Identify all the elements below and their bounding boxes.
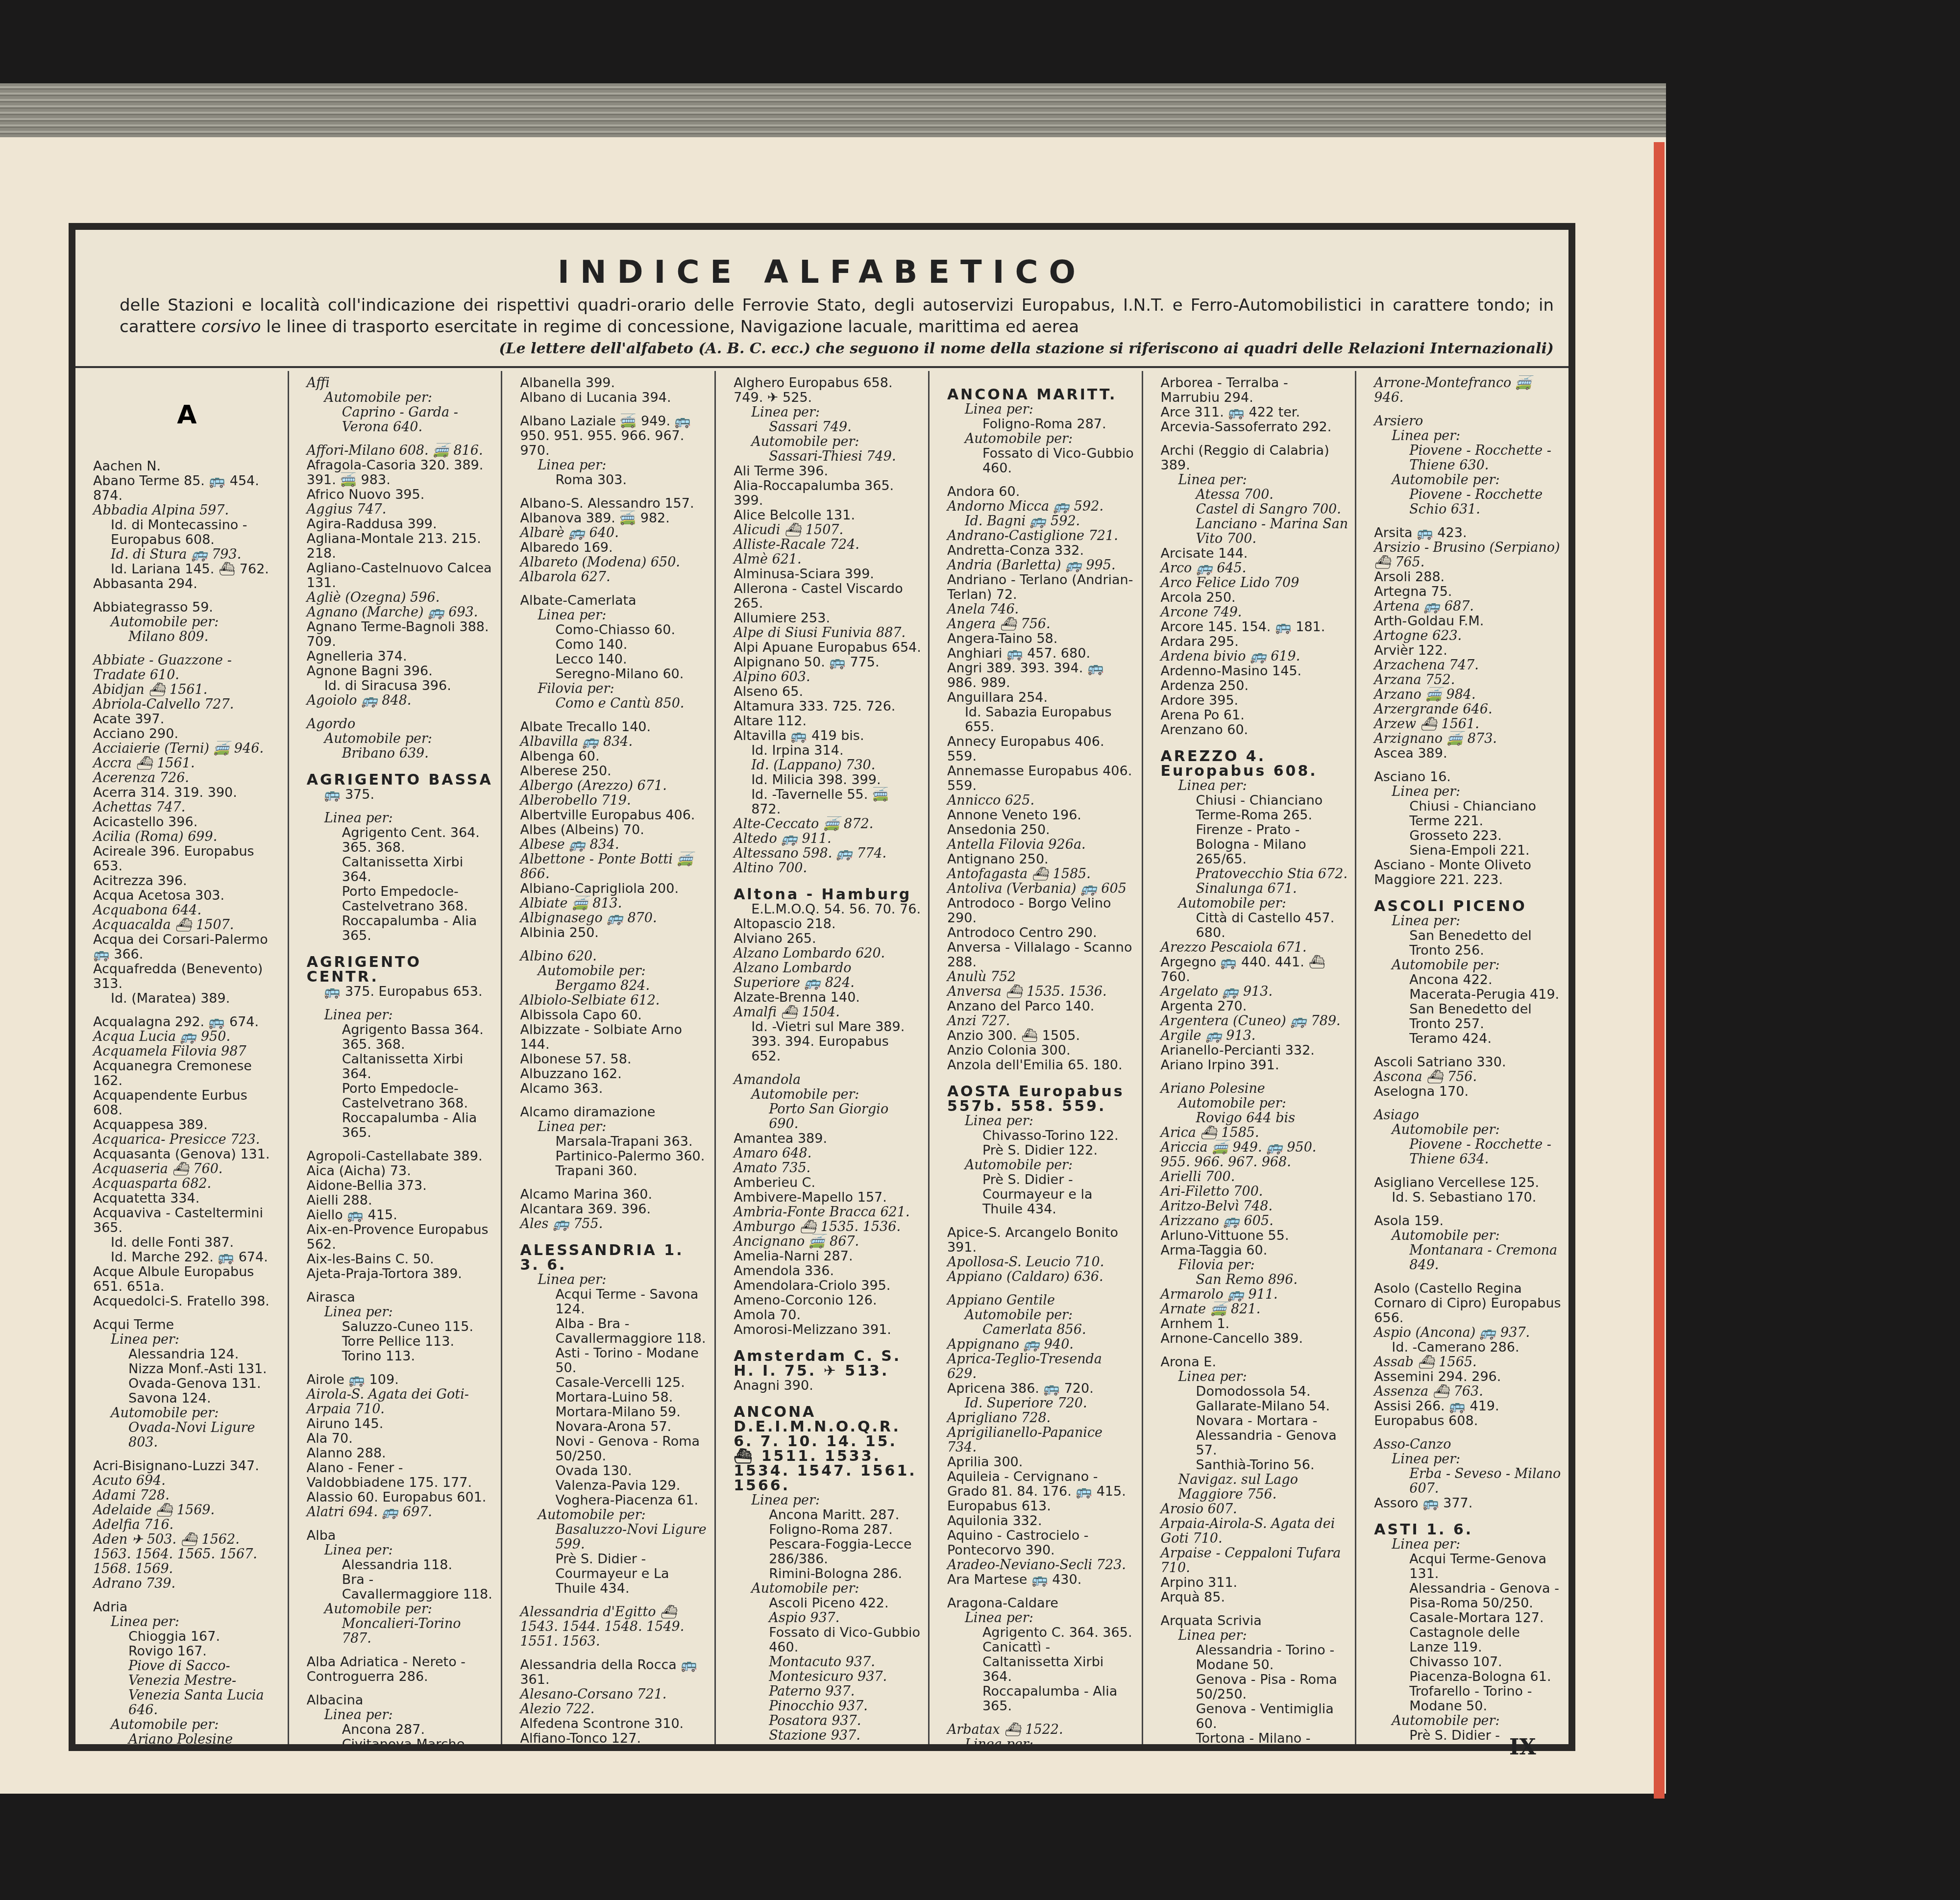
index-entry: Albarola 627. — [520, 570, 708, 585]
index-entry: Ovada-Novi Ligure 803. — [93, 1421, 281, 1450]
index-entry: Automobile per: — [1374, 473, 1562, 488]
index-entry: Acquaviva - Casteltermini 365. — [93, 1206, 281, 1235]
index-entry: Acque Albule Europabus 651. 651a. — [93, 1265, 281, 1294]
index-entry: Apice-S. Arcangelo Bonito 391. — [947, 1226, 1135, 1255]
index-entry: Arth-Goldau F.M. — [1374, 614, 1562, 629]
index-entry: 🚌 375. Europabus 653. — [307, 985, 494, 999]
index-entry: Arnate 🚎 821. — [1161, 1302, 1348, 1317]
index-entry: Genova - Ventimiglia 60. — [1161, 1702, 1348, 1731]
index-entry: Linea per: — [307, 1305, 494, 1320]
index-entry: Albizzate - Solbiate Arno 144. — [520, 1023, 708, 1052]
index-entry: Paterno 937. — [734, 1684, 921, 1699]
index-entry: Artogne 623. — [1374, 629, 1562, 643]
index-entry: Sassari 749. — [734, 420, 921, 435]
index-entry: Acqualagna 292. 🚌 674. — [93, 1015, 281, 1030]
index-entry: Appiano (Caldaro) 636. — [947, 1270, 1135, 1284]
index-entry: Andorno Micca 🚌 592. — [947, 499, 1135, 514]
index-entry: San Remo 896. — [1161, 1273, 1348, 1287]
index-entry: Roma 303. — [520, 473, 708, 488]
station-heading: Altona - Hamburg — [734, 888, 921, 902]
index-entry: Anzi 727. — [947, 1014, 1135, 1029]
index-entry: Andora 60. — [947, 485, 1135, 499]
index-entry: Prè S. Didier - Courmayeur e la Thuile 4… — [947, 1173, 1135, 1217]
index-entry: Angri 389. 393. 394. 🚌 986. 989. — [947, 661, 1135, 691]
index-entry: Antignano 250. — [947, 852, 1135, 867]
index-entry: Arica ⛴ 1585. — [1161, 1126, 1348, 1140]
station-heading: AGRIGENTO BASSA — [307, 773, 494, 788]
index-entry: Ascona ⛴ 756. — [1374, 1070, 1562, 1085]
index-entry: Alba Adriatica - Nereto - Controguerra 2… — [307, 1655, 494, 1684]
index-entry: Fossato di Vico-Gubbio 460. — [947, 446, 1135, 476]
index-entry: Appiano Gentile — [947, 1293, 1135, 1308]
index-entry: Piove di Sacco-Venezia Mestre-Venezia Sa… — [93, 1659, 281, 1718]
index-entry: Ariano Polesine — [1161, 1082, 1348, 1096]
index-entry: Savona 124. — [93, 1391, 281, 1406]
index-entry: Agliè (Ozegna) 596. — [307, 591, 494, 605]
index-entry: Ajeta-Praja-Tortora 389. — [307, 1267, 494, 1282]
index-entry: Automobile per: — [307, 391, 494, 405]
index-entry: Firenze - Prato - Bologna - Milano 265/6… — [1161, 823, 1348, 867]
index-entry: Alano - Fener - Valdobbiadene 175. 177. — [307, 1461, 494, 1490]
index-entry: Automobile per: — [1374, 1229, 1562, 1243]
index-entry: Alseno 65. — [734, 685, 921, 699]
index-entry: Acqua Acetosa 303. — [93, 888, 281, 903]
index-entry: Linea per: — [1161, 779, 1348, 793]
index-entry: Arnhem 1. — [1161, 1317, 1348, 1332]
index-entry: Arborea - Terralba - Marrubiu 294. — [1161, 376, 1348, 405]
index-column-6: Arborea - Terralba - Marrubiu 294.Arce 3… — [1143, 371, 1357, 1744]
index-entry: Filovia per: — [520, 682, 708, 696]
index-entry: Abbadia Alpina 597. — [93, 503, 281, 518]
index-entry: Acqua Lucia 🚌 950. — [93, 1030, 281, 1044]
index-entry: Acquanegra Cremonese 162. — [93, 1059, 281, 1088]
book-cover-edge — [1654, 142, 1665, 1799]
index-entry: Torre Pellice 113. — [307, 1334, 494, 1349]
index-entry: Agropoli-Castellabate 389. — [307, 1149, 494, 1164]
index-entry: Aprilia 300. — [947, 1455, 1135, 1470]
index-entry: Aprigilianello-Papanice 734. — [947, 1426, 1135, 1455]
index-entry: Id. Irpina 314. — [734, 743, 921, 758]
index-entry: Artena 🚌 687. — [1374, 599, 1562, 614]
index-entry: Id. Marche 292. 🚌 674. — [93, 1250, 281, 1265]
index-entry: Arcola 250. — [1161, 591, 1348, 605]
index-entry: Linea per: — [520, 1273, 708, 1287]
index-entry: Id. Milicia 398. 399. — [734, 773, 921, 788]
index-entry: Valenza-Pavia 129. — [520, 1479, 708, 1493]
index-entry: Acireale 396. Europabus 653. — [93, 844, 281, 874]
index-entry: Amelia-Narni 287. — [734, 1249, 921, 1264]
index-entry: Amandola — [734, 1073, 921, 1087]
index-entry: Pinocchio 937. — [734, 1699, 921, 1714]
index-entry: Amola 70. — [734, 1308, 921, 1323]
index-entry: Alcamo 363. — [520, 1082, 708, 1096]
index-entry: Caprino - Garda - Verona 640. — [307, 405, 494, 435]
index-entry: Albinia 250. — [520, 926, 708, 940]
index-entry: Novi - Genova - Roma 50/250. — [520, 1434, 708, 1464]
index-entry: Antoliva (Verbania) 🚌 605 — [947, 882, 1135, 896]
index-entry: Tortona - Milano - Chiasso 60. — [1161, 1731, 1348, 1744]
index-entry: Civitanova Marche - Montegranaro 293. — [307, 1737, 494, 1744]
index-entry: Novara - Mortara - Alessandria - Genova … — [1161, 1414, 1348, 1458]
index-entry: Adelaide ⛴ 1569. — [93, 1503, 281, 1518]
index-entry: Albese 🚌 834. — [520, 838, 708, 852]
index-entry: Aprica-Teglio-Tresenda 629. — [947, 1352, 1135, 1382]
index-entry: Automobile per: — [734, 1087, 921, 1102]
index-entry: Albettone - Ponte Botti 🚎 866. — [520, 852, 708, 882]
index-entry: Montacuto 937. — [734, 1655, 921, 1670]
index-entry: Argile 🚌 913. — [1161, 1029, 1348, 1043]
index-entry: Alzano Lombardo 620. — [734, 946, 921, 961]
index-entry: Ancona 287. — [307, 1723, 494, 1737]
index-columns: A Aachen N.Abano Terme 85. 🚌 454. 874.Ab… — [75, 371, 1568, 1744]
index-entry: Id. Superiore 720. — [947, 1396, 1135, 1411]
index-entry: Automobile per: — [520, 964, 708, 979]
index-entry: Airasca — [307, 1290, 494, 1305]
index-entry: Agliana-Montale 213. 215. 218. — [307, 532, 494, 561]
index-entry: Alassio 60. Europabus 601. — [307, 1490, 494, 1505]
index-entry: Mortara-Luino 58. — [520, 1390, 708, 1405]
station-heading: ANCONA D.E.I.M.N.O.Q.R. 6. 7. 10. 14. 15… — [734, 1405, 921, 1493]
index-entry: Aquileia - Cervignano - Grado 81. 84. 17… — [947, 1470, 1135, 1514]
index-entry: Agnano Terme-Bagnoli 388. 709. — [307, 620, 494, 649]
index-entry: Linea per: — [947, 1114, 1135, 1129]
alphabet-note: (Le lettere dell'alfabeto (A. B. C. ecc.… — [271, 340, 1554, 357]
index-entry: Ariano Irpino 391. — [1161, 1058, 1348, 1073]
index-entry: Rovigo 644 bis — [1161, 1111, 1348, 1126]
index-entry: Alberobello 719. — [520, 793, 708, 808]
index-entry: Albuzzano 162. — [520, 1067, 708, 1082]
index-entry: Automobile per: — [93, 1718, 281, 1732]
index-entry: Chivasso-Torino 122. — [947, 1129, 1135, 1143]
index-entry: Abbasanta 294. — [93, 577, 281, 592]
index-entry: Asolo (Castello Regina Cornaro di Cipro)… — [1374, 1282, 1562, 1326]
index-entry: Ameno-Corconio 126. — [734, 1293, 921, 1308]
index-entry: Accra ⛴ 1561. — [93, 756, 281, 771]
index-entry: Anagni 390. — [734, 1379, 921, 1393]
index-entry: Arenzano 60. — [1161, 723, 1348, 738]
index-entry: Arco 🚌 645. — [1161, 561, 1348, 576]
index-entry: Saluzzo-Cuneo 115. — [307, 1320, 494, 1334]
index-entry: Albes (Albeins) 70. — [520, 823, 708, 838]
index-entry: Domodossola 54. — [1161, 1384, 1348, 1399]
index-entry: Albareto (Modena) 650. — [520, 555, 708, 570]
index-entry: Novara-Arona 57. — [520, 1420, 708, 1434]
index-entry: Automobile per: — [520, 1508, 708, 1523]
index-entry: Amendola 336. — [734, 1264, 921, 1279]
index-entry: Airola-S. Agata dei Goti-Arpaia 710. — [307, 1387, 494, 1417]
index-entry: Id. S. Sebastiano 170. — [1374, 1190, 1562, 1205]
index-entry: Torino 113. — [307, 1349, 494, 1364]
index-entry: Arena Po 61. — [1161, 708, 1348, 723]
index-entry: Automobile per: — [93, 1406, 281, 1421]
index-entry: Ascea 389. — [1374, 746, 1562, 761]
index-entry: Trofarello - Torino - Modane 50. — [1374, 1684, 1562, 1714]
index-entry: Ardenno-Masino 145. — [1161, 664, 1348, 679]
index-entry: Affori-Milano 608. 🚎 816. — [307, 444, 494, 458]
index-entry: Arsiero — [1374, 414, 1562, 429]
index-entry: Annecy Europabus 406. 559. — [947, 735, 1135, 764]
subtitle-part-2: le linee di trasporto esercitate in regi… — [261, 317, 1079, 337]
index-entry: Adami 728. — [93, 1488, 281, 1503]
index-entry: Arma-Taggia 60. — [1161, 1243, 1348, 1258]
index-entry: Aielli 288. — [307, 1193, 494, 1208]
index-entry: Acquatetta 334. — [93, 1191, 281, 1206]
index-entry: Porto Empedocle-Castelvetrano 368. — [307, 885, 494, 914]
header-divider — [75, 366, 1568, 368]
index-entry: Amendolara-Criolo 395. — [734, 1279, 921, 1293]
index-entry: Assisi 266. 🚌 419. Europabus 608. — [1374, 1399, 1562, 1429]
index-entry: Acri-Bisignano-Luzzi 347. — [93, 1459, 281, 1474]
index-entry: Ovada-Genova 131. — [93, 1377, 281, 1391]
index-entry: Andriano - Terlano (Andrian-Terlan) 72. — [947, 573, 1135, 602]
index-entry: Alessandria 124. — [93, 1347, 281, 1362]
index-entry: Adria — [93, 1600, 281, 1615]
index-entry: Milano 809. — [93, 630, 281, 644]
index-column-3: Albanella 399.Albano di Lucania 394.Alba… — [502, 371, 716, 1744]
index-entry: Assenza ⛴ 763. — [1374, 1384, 1562, 1399]
index-entry: Argelato 🚌 913. — [1161, 985, 1348, 999]
index-entry: Anzio Colonia 300. — [947, 1043, 1135, 1058]
index-entry: Sinalunga 671. — [1161, 882, 1348, 896]
index-entry: Amburgo ⛴ 1535. 1536. — [734, 1220, 921, 1234]
index-entry: Id. di Stura 🚌 793. — [93, 547, 281, 562]
index-entry: Arce 311. 🚌 422 ter. — [1161, 405, 1348, 420]
index-entry: Chiusi - Chianciano Terme-Roma 265. — [1161, 793, 1348, 823]
index-entry: Acqua dei Corsari-Palermo 🚌 366. — [93, 933, 281, 962]
index-entry: Asti - Torino - Modane 50. — [520, 1346, 708, 1376]
index-entry: Automobile per: — [1374, 958, 1562, 973]
index-entry: Linea per: — [1374, 1452, 1562, 1467]
index-entry: Assoro 🚌 377. — [1374, 1496, 1562, 1511]
index-entry: Asigliano Vercellese 125. — [1374, 1176, 1562, 1190]
index-column-1: A Aachen N.Abano Terme 85. 🚌 454. 874.Ab… — [75, 371, 289, 1744]
index-entry: Prè S. Didier 122. — [947, 1143, 1135, 1158]
index-entry: Acquamela Filovia 987 — [93, 1044, 281, 1059]
index-entry: Id. Lariana 145. ⛴ 762. — [93, 562, 281, 577]
index-entry: Argegno 🚌 440. 441. ⛴ 760. — [1161, 955, 1348, 985]
index-entry: Montesicuro 937. — [734, 1670, 921, 1684]
index-entry: Id. (Maratea) 389. — [93, 991, 281, 1006]
index-entry: Arianello-Percianti 332. — [1161, 1043, 1348, 1058]
index-entry: Automobile per: — [93, 615, 281, 630]
index-entry: Automobile per: — [1161, 896, 1348, 911]
index-entry: Alessandria d'Egitto ⛴ 1543. 1544. 1548.… — [520, 1605, 708, 1649]
index-entry: Foligno-Roma 287. — [734, 1523, 921, 1537]
index-entry: Arquà 85. — [1161, 1590, 1348, 1605]
index-entry: Seregno-Milano 60. — [520, 667, 708, 682]
index-entry: Linea per: — [1374, 429, 1562, 444]
index-entry: Bribano 639. — [307, 746, 494, 761]
index-entry: Agliano-Castelnuovo Calcea 131. — [307, 561, 494, 591]
index-entry: Alicudi ⛴ 1507. — [734, 523, 921, 538]
index-entry: Macerata-Perugia 419. — [1374, 987, 1562, 1002]
index-entry: Acciano 290. — [93, 727, 281, 741]
index-entry: Castagnole delle Lanze 119. — [1374, 1626, 1562, 1655]
index-entry: Aix-les-Bains C. 50. — [307, 1252, 494, 1267]
index-entry: Ovada 130. — [520, 1464, 708, 1479]
index-entry: Antrodoco Centro 290. — [947, 926, 1135, 940]
index-entry: Arielli 700. — [1161, 1170, 1348, 1184]
index-entry: Abbiate - Guazzone - Tradate 610. — [93, 653, 281, 683]
index-entry: Automobile per: — [947, 1308, 1135, 1323]
index-entry: Aritzo-Belvì 748. — [1161, 1199, 1348, 1214]
index-entry: Piovene - Rocchette - Thiene 634. — [1374, 1137, 1562, 1167]
index-entry: Partinico-Palermo 360. — [520, 1149, 708, 1164]
index-entry: Id. -Vietri sul Mare 389. 393. 394. Euro… — [734, 1020, 921, 1064]
column-entries: Alghero Europabus 658. 749. ✈ 525.Linea … — [734, 376, 921, 1744]
index-entry: Albignasego 🚌 870. — [520, 911, 708, 926]
index-entry: Rovigo 167. — [93, 1644, 281, 1659]
index-entry: Allerona - Castel Viscardo 265. — [734, 582, 921, 611]
column-entries: ANCONA MARITT.Linea per:Foligno-Roma 287… — [947, 388, 1135, 1744]
index-entry: Arzana 752. — [1374, 673, 1562, 688]
index-entry: Id. -Tavernelle 55. 🚎 872. — [734, 788, 921, 817]
index-entry: Lecco 140. — [520, 652, 708, 667]
index-entry: Id. (Lappano) 730. — [734, 758, 921, 773]
index-entry: Aix-en-Provence Europabus 562. — [307, 1223, 494, 1252]
index-entry: Albacina — [307, 1693, 494, 1708]
index-entry: Nizza Monf.-Asti 131. — [93, 1362, 281, 1377]
index-entry: Ardara 295. — [1161, 635, 1348, 649]
index-entry: Agordo — [307, 717, 494, 732]
index-entry: Aica (Aicha) 73. — [307, 1164, 494, 1179]
index-entry: Linea per: — [947, 402, 1135, 417]
index-entry: Acciaierie (Terni) 🚎 946. — [93, 741, 281, 756]
index-entry: Linea per: — [1374, 1537, 1562, 1552]
index-entry: Alba — [307, 1529, 494, 1543]
index-entry: Alte-Ceccato 🚎 872. — [734, 817, 921, 832]
index-entry: Automobile per: — [1161, 1096, 1348, 1111]
index-entry: Automobile per: — [947, 432, 1135, 446]
index-entry: Abriola-Calvello 727. — [93, 697, 281, 712]
index-entry: Assemini 294. 296. — [1374, 1370, 1562, 1384]
index-entry: Alghero Europabus 658. 749. ✈ 525. — [734, 376, 921, 405]
index-entry: Annone Veneto 196. — [947, 808, 1135, 823]
index-entry: Angera ⛴ 756. — [947, 617, 1135, 632]
index-entry: Acqui Terme — [93, 1318, 281, 1332]
index-entry: Ardore 395. — [1161, 693, 1348, 708]
index-entry: Bra - Cavallermaggiore 118. — [307, 1573, 494, 1602]
column-entries: Albanella 399.Albano di Lucania 394.Alba… — [520, 376, 708, 1744]
index-entry: Alatri 694. 🚌 697. — [307, 1505, 494, 1520]
index-entry: Altare 112. — [734, 714, 921, 729]
index-entry: Sassari-Thiesi 749. — [734, 449, 921, 464]
index-entry: Linea per: — [520, 458, 708, 473]
index-entry: Aspio 937. — [734, 1611, 921, 1626]
index-entry: Alfiano-Tonco 127. — [520, 1731, 708, 1744]
index-entry: Ancona Maritt. 287. — [734, 1508, 921, 1523]
index-entry: Acqui Terme - Savona 124. — [520, 1287, 708, 1317]
index-entry: Acquapendente Eurbus 608. — [93, 1088, 281, 1118]
index-entry: Lanciano - Marina San Vito 700. — [1161, 517, 1348, 546]
index-entry: Ascoli Piceno 422. — [734, 1596, 921, 1611]
index-entry: Acquasanta (Genova) 131. — [93, 1147, 281, 1162]
index-entry: Albate Trecallo 140. — [520, 720, 708, 735]
index-entry: Allumiere 253. — [734, 611, 921, 626]
index-entry: Stazione 937. — [734, 1728, 921, 1743]
index-entry: Asciano 16. — [1374, 770, 1562, 785]
index-entry: Arcevia-Sassoferrato 292. — [1161, 420, 1348, 435]
index-entry: Albavilla 🚌 834. — [520, 735, 708, 749]
index-entry: Argenta 270. — [1161, 999, 1348, 1014]
index-entry: Arsizio - Brusino (Serpiano) ⛴ 765. — [1374, 541, 1562, 570]
index-entry: Id. di Siracusa 396. — [307, 679, 494, 693]
index-frame: INDICE ALFABETICO delle Stazioni e local… — [69, 223, 1575, 1751]
index-entry: Arco Felice Lido 709 — [1161, 576, 1348, 591]
index-entry: Albano Laziale 🚎 949. 🚌 950. 951. 955. 9… — [520, 414, 708, 458]
index-entry: Albergo (Arezzo) 671. — [520, 779, 708, 793]
index-entry: Aprigliano 728. — [947, 1411, 1135, 1426]
index-entry: Africo Nuovo 395. — [307, 488, 494, 502]
index-entry: Linea per: — [93, 1332, 281, 1347]
index-entry: Ascoli Satriano 330. — [1374, 1055, 1562, 1070]
index-entry: Arquata Scrivia — [1161, 1614, 1348, 1629]
index-entry: Alcantara 369. 396. — [520, 1202, 708, 1217]
index-entry: Filovia per: — [1161, 1258, 1348, 1273]
index-column-5: ANCONA MARITT.Linea per:Foligno-Roma 287… — [930, 371, 1143, 1744]
index-entry: Aggius 747. — [307, 502, 494, 517]
index-entry: Adelfia 716. — [93, 1518, 281, 1532]
index-entry: Id. -Camerano 286. — [1374, 1340, 1562, 1355]
index-entry: Montanara - Cremona 849. — [1374, 1243, 1562, 1273]
index-entry: Acate 397. — [93, 712, 281, 727]
index-entry: Albiolo-Selbiate 612. — [520, 993, 708, 1008]
index-entry: Arezzo Pescaiola 671. — [1161, 940, 1348, 955]
index-entry: Acerenza 726. — [93, 771, 281, 786]
index-entry: Acquabona 644. — [93, 903, 281, 918]
index-entry: Porto Empedocle-Castelvetrano 368. — [307, 1082, 494, 1111]
index-entry: Acitrezza 396. — [93, 874, 281, 888]
index-entry: Apollosa-S. Leucio 710. — [947, 1255, 1135, 1270]
page-subtitle: delle Stazioni e località coll'indicazio… — [120, 295, 1554, 338]
station-heading: ASTI 1. 6. — [1374, 1523, 1562, 1537]
index-entry: Albanella 399. — [520, 376, 708, 391]
index-entry: Anulù 752 — [947, 970, 1135, 985]
index-entry: Anela 746. — [947, 602, 1135, 617]
index-entry: Ardenza 250. — [1161, 679, 1348, 693]
index-entry: Amato 735. — [734, 1161, 921, 1176]
index-entry: Ancona 422. — [1374, 973, 1562, 987]
index-entry: Alba - Bra - Cavallermaggiore 118. — [520, 1317, 708, 1346]
index-entry: Acquarica- Presicce 723. — [93, 1133, 281, 1147]
index-entry: Ariano Polesine 644bis. — [93, 1732, 281, 1744]
index-entry: Amberieu C. — [734, 1176, 921, 1190]
index-entry: Casale-Mortara 127. — [1374, 1611, 1562, 1626]
column-entries: Aachen N.Abano Terme 85. 🚌 454. 874.Abba… — [93, 459, 281, 1744]
station-heading: Amsterdam C. S. H. I. 75. ✈ 513. — [734, 1349, 921, 1379]
index-entry: Arosio 607. — [1161, 1502, 1348, 1517]
index-entry: Caltanissetta Xirbi 364. — [307, 1052, 494, 1082]
index-entry: Ancignano 🚎 867. — [734, 1234, 921, 1249]
index-entry: Andretta-Conza 332. — [947, 543, 1135, 558]
index-entry: Posatora 937. — [734, 1714, 921, 1728]
index-entry: Antella Filovia 926a. — [947, 838, 1135, 852]
index-entry: Como-Chiasso 60. — [520, 623, 708, 638]
index-entry: Arona E. — [1161, 1355, 1348, 1370]
index-entry: Linea per: — [307, 1008, 494, 1023]
index-entry: Afragola-Casoria 320. 389. 391. 🚎 983. — [307, 458, 494, 488]
index-entry: Ambria-Fonte Bracca 621. — [734, 1205, 921, 1220]
index-entry: Arluno-Vittuone 55. — [1161, 1229, 1348, 1243]
index-entry: Albarè 🚌 640. — [520, 526, 708, 541]
index-entry: Foligno-Roma 287. — [947, 417, 1135, 432]
index-entry: Gallarate-Milano 54. — [1161, 1399, 1348, 1414]
index-entry: Alcamo diramazione — [520, 1105, 708, 1120]
index-entry: Ansedonia 250. — [947, 823, 1135, 838]
index-entry: Linea per: — [93, 1615, 281, 1629]
station-heading: ANCONA MARITT. — [947, 388, 1135, 402]
index-entry: E.L.M.O.Q. 54. 56. 70. 76. — [734, 902, 921, 917]
